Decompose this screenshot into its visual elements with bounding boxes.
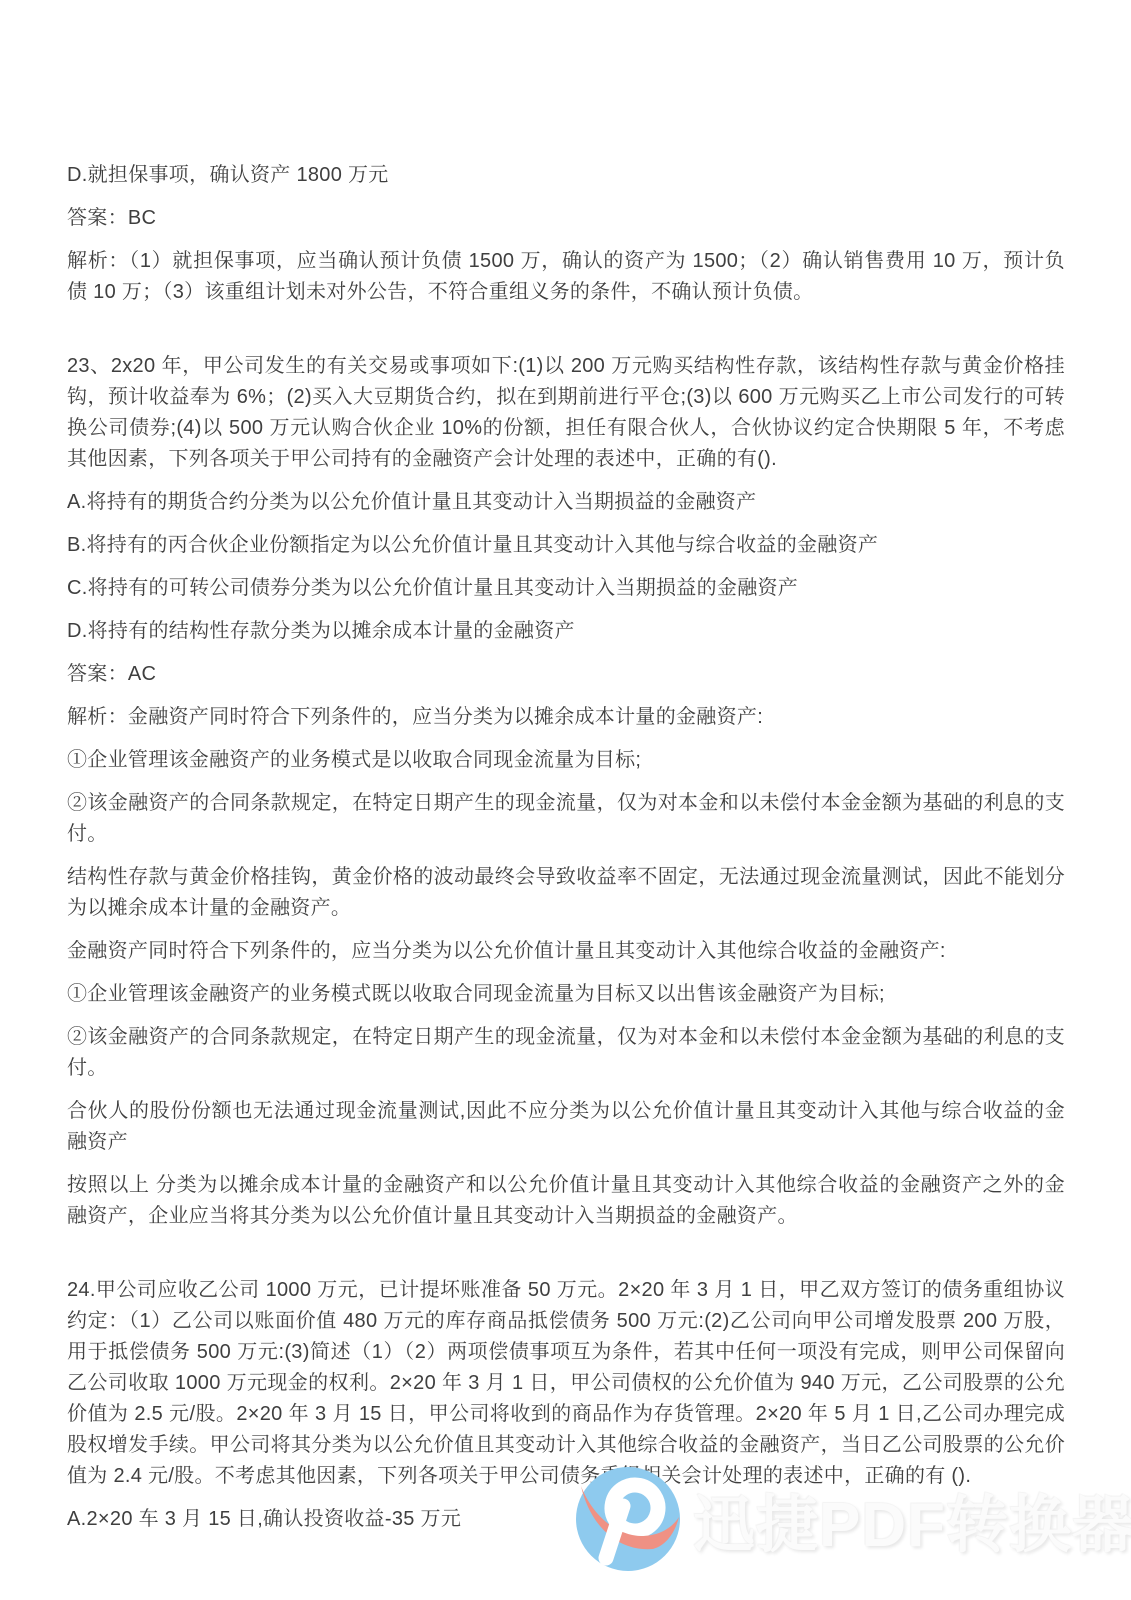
document-content: D.就担保事项，确认资产 1800 万元 答案：BC 解析：（1）就担保事项，应… xyxy=(67,160,1065,1547)
question-23-analysis-p1: 解析：金融资产同时符合下列条件的，应当分类为以摊余成本计量的金融资产: xyxy=(67,702,1065,733)
section-spacer xyxy=(67,320,1065,351)
question-22-answer: 答案：BC xyxy=(67,203,1065,234)
question-23-stem: 23、2x20 年，甲公司发生的有关交易或事项如下:(1)以 200 万元购买结… xyxy=(67,351,1065,475)
question-23-analysis-p6: ①企业管理该金融资产的业务模式既以收取合同现金流量为目标又以出售该金融资产为目标… xyxy=(67,979,1065,1010)
question-23-analysis-p2: ①企业管理该金融资产的业务模式是以收取合同现金流量为目标; xyxy=(67,745,1065,776)
question-23-block: 23、2x20 年，甲公司发生的有关交易或事项如下:(1)以 200 万元购买结… xyxy=(67,351,1065,1232)
question-23-option-a: A.将持有的期货合约分类为以公允价值计量且其变动计入当期损益的金融资产 xyxy=(67,487,1065,518)
question-23-analysis-p9: 按照以上 分类为以摊余成本计量的金融资产和以公允价值计量且其变动计入其他综合收益… xyxy=(67,1170,1065,1232)
pdf-converter-watermark: 迅捷PDF转换器 xyxy=(573,1464,1131,1574)
question-23-option-c: C.将持有的可转公司债券分类为以公允价值计量且其变动计入当期损益的金融资产 xyxy=(67,573,1065,604)
question-23-analysis-p7: ②该金融资产的合同条款规定，在特定日期产生的现金流量，仅为对本金和以未偿付本金金… xyxy=(67,1022,1065,1084)
question-23-analysis-p3: ②该金融资产的合同条款规定，在特定日期产生的现金流量，仅为对本金和以未偿付本金金… xyxy=(67,788,1065,850)
question-23-option-d: D.将持有的结构性存款分类为以摊余成本计量的金融资产 xyxy=(67,616,1065,647)
pdf-converter-logo-icon xyxy=(573,1464,683,1574)
question-23-analysis-p8: 合伙人的股份份额也无法通过现金流量测试,因此不应分类为以公允价值计量且其变动计入… xyxy=(67,1096,1065,1158)
question-22-block: D.就担保事项，确认资产 1800 万元 答案：BC 解析：（1）就担保事项，应… xyxy=(67,160,1065,308)
question-22-option-d: D.就担保事项，确认资产 1800 万元 xyxy=(67,160,1065,191)
question-23-analysis-p4: 结构性存款与黄金价格挂钩，黄金价格的波动最终会导致收益率不固定，无法通过现金流量… xyxy=(67,862,1065,924)
section-spacer xyxy=(67,1244,1065,1275)
question-22-analysis: 解析：（1）就担保事项，应当确认预计负债 1500 万，确认的资产为 1500；… xyxy=(67,246,1065,308)
question-24-stem: 24.甲公司应收乙公司 1000 万元，已计提坏账准备 50 万元。2×20 年… xyxy=(67,1275,1065,1492)
question-23-option-b: B.将持有的丙合伙企业份额指定为以公允价值计量且其变动计入其他与综合收益的金融资… xyxy=(67,530,1065,561)
question-23-answer: 答案：AC xyxy=(67,659,1065,690)
document-page: D.就担保事项，确认资产 1800 万元 答案：BC 解析：（1）就担保事项，应… xyxy=(0,0,1131,1600)
question-23-analysis-p5: 金融资产同时符合下列条件的，应当分类为以公允价值计量且其变动计入其他综合收益的金… xyxy=(67,936,1065,967)
watermark-text: 迅捷PDF转换器 xyxy=(693,1475,1131,1564)
